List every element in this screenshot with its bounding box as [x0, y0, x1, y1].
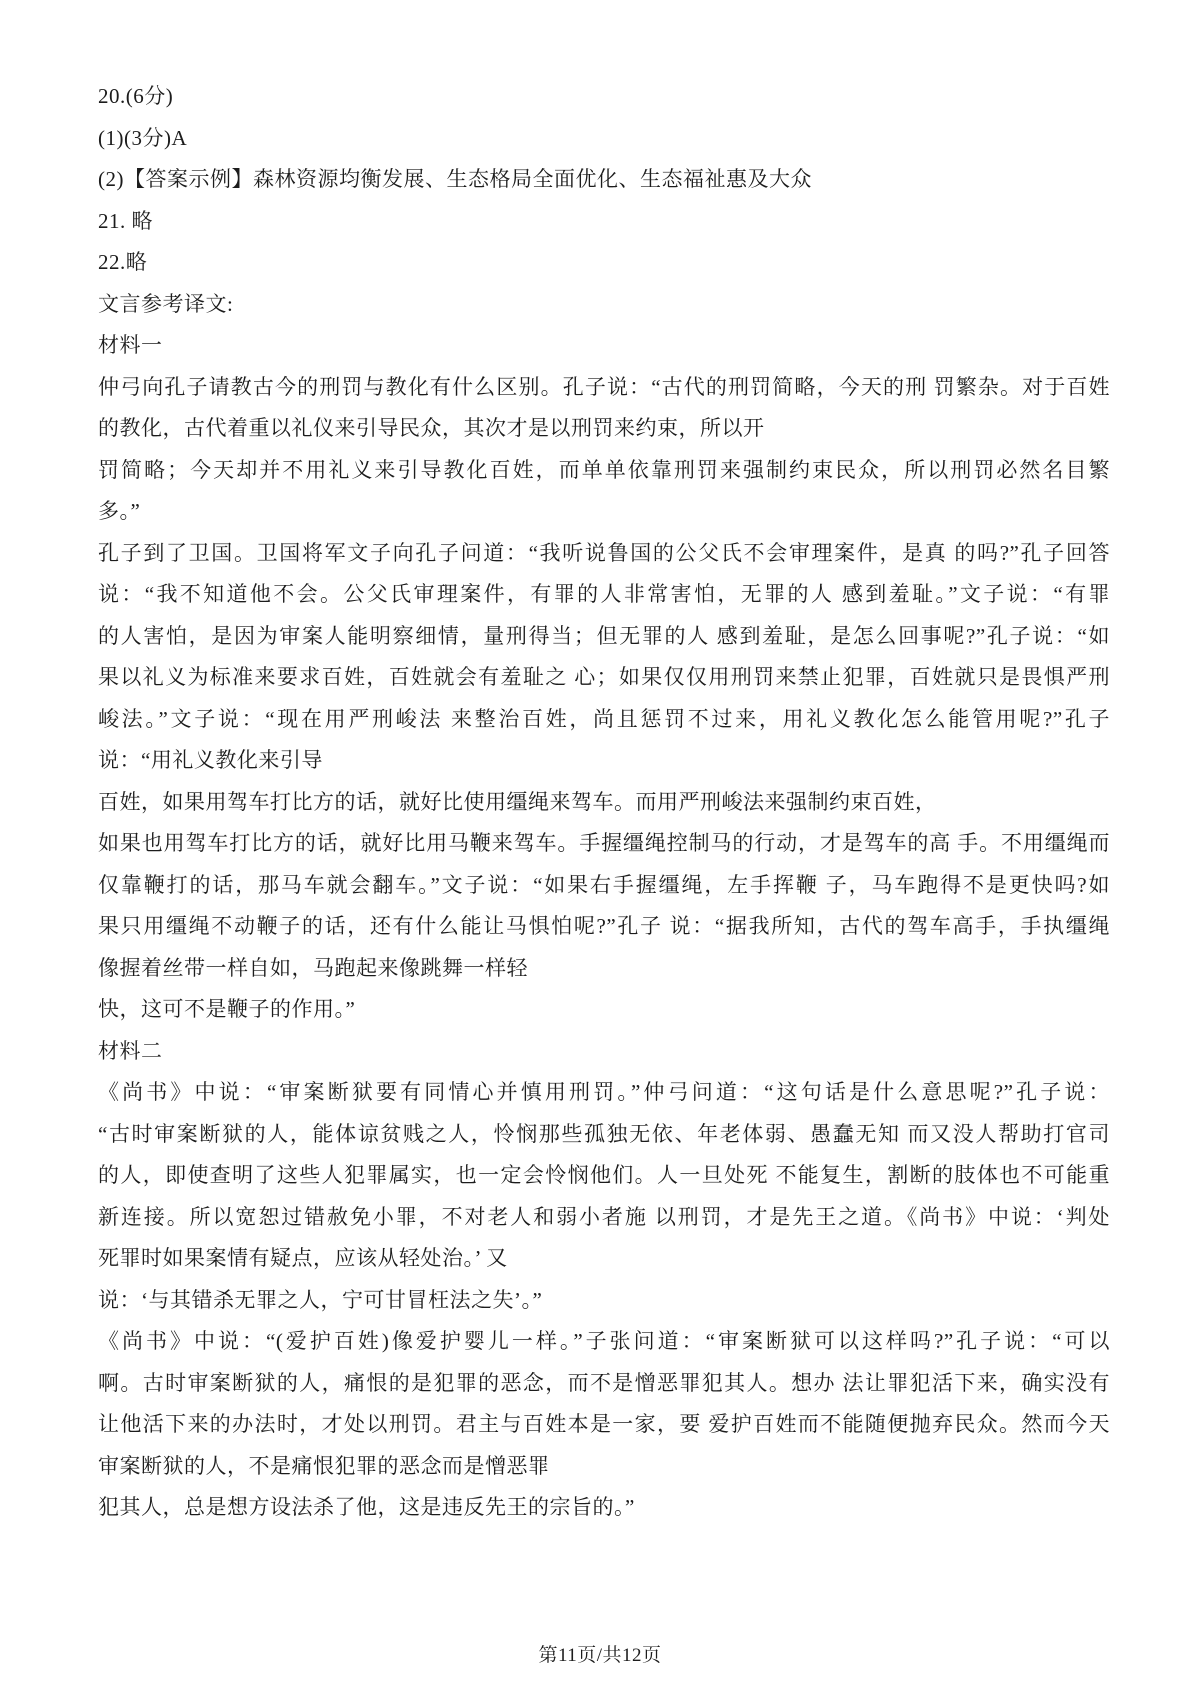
material1-line: 仲弓向孔子请教古今的刑罚与教化有什么区别。孔子说：“古代的刑罚简略，今天的刑 罚… [98, 367, 1110, 409]
material1-line: 的人害怕，是因为审案人能明察细情，量刑得当；但无罪的人 感到羞耻，是怎么回事呢?… [98, 616, 1110, 658]
material2-line: 啊。古时审案断狱的人，痛恨的是犯罪的恶念，而不是憎恶罪犯其人。想办 法让罪犯活下… [98, 1363, 1110, 1405]
answer-key-content: 20.(6分) (1)(3分)A (2)【答案示例】森林资源均衡发展、生态格局全… [98, 76, 1110, 1529]
question-20-part1-answer: (1)(3分)A [98, 118, 1110, 160]
material2-line: 新连接。所以宽恕过错赦免小罪，不对老人和弱小者施 以刑罚，才是先王之道。《尚书》… [98, 1197, 1110, 1239]
material2-line: 让他活下来的办法时，才处以刑罚。君主与百姓本是一家，要 爱护百姓而不能随便抛弃民… [98, 1404, 1110, 1446]
material2-line: 审案断狱的人，不是痛恨犯罪的恶念而是憎恶罪 [98, 1446, 1110, 1488]
material1-line: 罚简略；今天却并不用礼义来引导教化百姓，而单单依靠刑罚来强制约束民众，所以刑罚必… [98, 450, 1110, 492]
material1-line: 如果也用驾车打比方的话，就好比用马鞭来驾车。手握缰绳控制马的行动，才是驾车的高 … [98, 823, 1110, 865]
material2-line: 《尚书》中说：“(爱护百姓)像爱护婴儿一样。”子张问道：“审案断狱可以这样吗?”… [98, 1321, 1110, 1363]
material2-line: 的人，即使查明了这些人犯罪属实，也一定会怜悯他们。人一旦处死 不能复生，割断的肢… [98, 1155, 1110, 1197]
material1-line: 果以礼义为标准来要求百姓，百姓就会有羞耻之 心；如果仅仅用刑罚来禁止犯罪，百姓就… [98, 657, 1110, 699]
page-footer: 第11页/共12页 [0, 1640, 1200, 1667]
material1-line: 像握着丝带一样自如，马跑起来像跳舞一样轻 [98, 948, 1110, 990]
translation-heading: 文言参考译文: [98, 284, 1110, 326]
document-page: 20.(6分) (1)(3分)A (2)【答案示例】森林资源均衡发展、生态格局全… [0, 0, 1200, 1698]
material2-label: 材料二 [98, 1031, 1110, 1073]
material1-line: 百姓，如果用驾车打比方的话，就好比使用缰绳来驾车。而用严刑峻法来强制约束百姓， [98, 782, 1110, 824]
material2-line: 说：‘与其错杀无罪之人，宁可甘冒枉法之失’。” [98, 1280, 1110, 1322]
material1-line: 说：“我不知道他不会。公父氏审理案件，有罪的人非常害怕，无罪的人 感到羞耻。”文… [98, 574, 1110, 616]
material2-line: “古时审案断狱的人，能体谅贫贱之人，怜悯那些孤独无依、年老体弱、愚蠢无知 而又没… [98, 1114, 1110, 1156]
question-21-answer: 21. 略 [98, 201, 1110, 243]
question-20-header: 20.(6分) [98, 76, 1110, 118]
material1-line: 说：“用礼义教化来引导 [98, 740, 1110, 782]
material1-line: 多。” [98, 491, 1110, 533]
material1-line: 仅靠鞭打的话，那马车就会翻车。”文子说：“如果右手握缰绳，左手挥鞭 子，马车跑得… [98, 865, 1110, 907]
material1-line: 峻法。”文子说：“现在用严刑峻法 来整治百姓，尚且惩罚不过来，用礼义教化怎么能管… [98, 699, 1110, 741]
question-22-answer: 22.略 [98, 242, 1110, 284]
material2-line: 死罪时如果案情有疑点，应该从轻处治。’ 又 [98, 1238, 1110, 1280]
material1-label: 材料一 [98, 325, 1110, 367]
material2-line: 犯其人，总是想方设法杀了他，这是违反先王的宗旨的。” [98, 1487, 1110, 1529]
material1-line: 的教化，古代着重以礼仪来引导民众，其次才是以刑罚来约束，所以开 [98, 408, 1110, 450]
question-20-part2-answer: (2)【答案示例】森林资源均衡发展、生态格局全面优化、生态福祉惠及大众 [98, 159, 1110, 201]
material1-line: 果只用缰绳不动鞭子的话，还有什么能让马惧怕呢?”孔子 说：“据我所知，古代的驾车… [98, 906, 1110, 948]
material1-line: 孔子到了卫国。卫国将军文子向孔子问道：“我听说鲁国的公父氏不会审理案件，是真 的… [98, 533, 1110, 575]
material1-line: 快，这可不是鞭子的作用。” [98, 989, 1110, 1031]
material2-line: 《尚书》中说：“审案断狱要有同情心并慎用刑罚。”仲弓问道：“这句话是什么意思呢?… [98, 1072, 1110, 1114]
